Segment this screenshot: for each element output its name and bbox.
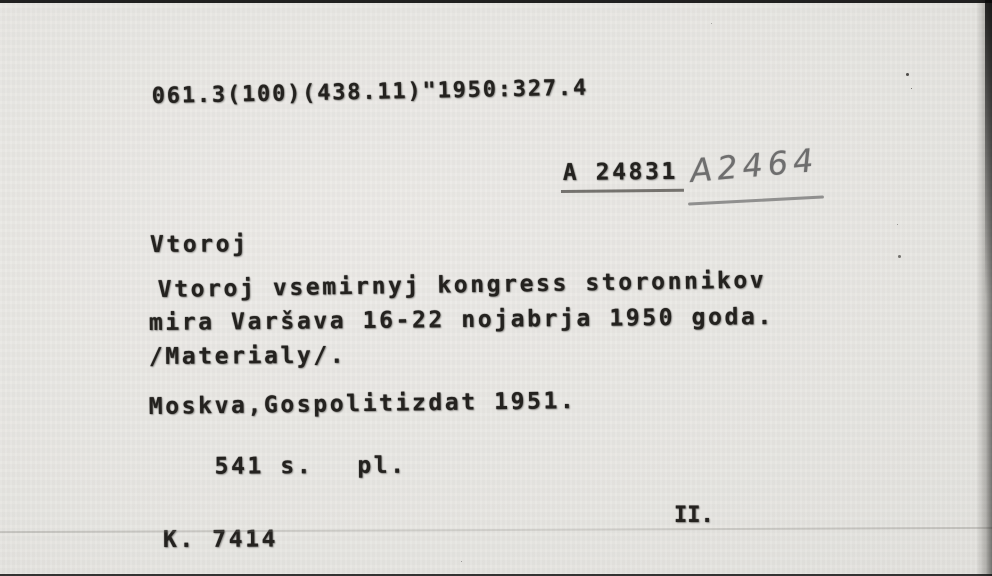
classification-number: 061.3(100)(438.11)"1950:327.4	[152, 76, 589, 109]
accession-number-handwritten: A2464	[689, 141, 820, 190]
imprint-line: Moskva,Gospolitizdat 1951.	[149, 388, 577, 420]
collation-pages: 541 s.	[215, 453, 314, 480]
volume-numeral: II.	[674, 503, 714, 528]
heading-entry: Vtoroj	[150, 231, 249, 258]
card-right-edge-dark	[985, 0, 992, 300]
accession-number-typed: A 24831	[561, 159, 684, 193]
title-line-1: Vtoroj vsemirnyj kongress storonnikov	[158, 267, 767, 303]
catalog-card: 061.3(100)(438.11)"1950:327.4 A 24831 A2…	[0, 0, 992, 576]
collation-line: 541 s.pl.	[149, 427, 407, 506]
scan-border-top	[0, 0, 992, 3]
title-line-3: /Materialy/.	[149, 343, 347, 370]
title-line-2: mira Varšava 16-22 nojabrja 1950 goda.	[149, 304, 774, 336]
faint-rule-line	[0, 527, 992, 533]
dust-specks	[906, 73, 909, 76]
collation-plates: pl.	[357, 453, 406, 479]
pencil-underline	[688, 195, 824, 205]
